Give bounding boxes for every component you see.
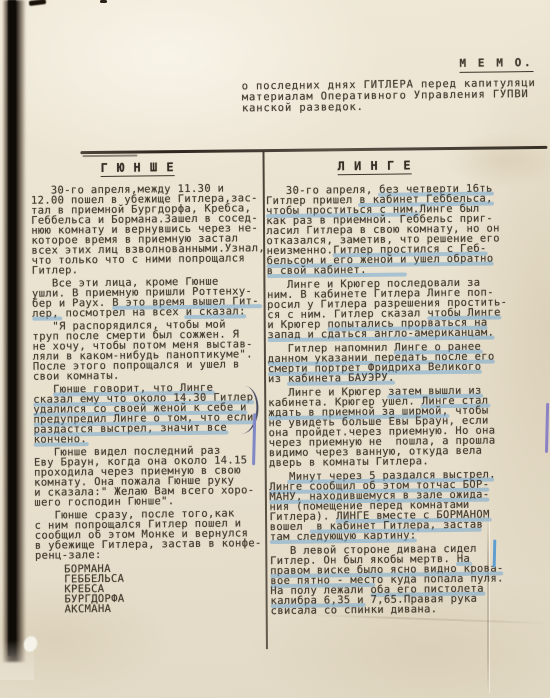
pencil-annotations (0, 0, 546, 3)
column-header-gunsche: Г Ю Н Ш Е (101, 160, 175, 177)
conference-attendees-list: БОРМАНАГЕББЕЛЬСАКРЕБСАБУРГДОРФААКСМАНА (64, 562, 272, 614)
text-line: из кабинета БАУЭРУ. (268, 371, 550, 384)
paragraph: 30-го апреля,между 11.30 и12.00 пошел в … (31, 183, 268, 276)
text-line: ренц-зале: (35, 548, 271, 561)
text-line: Гитлер. (32, 263, 268, 276)
paper-sheet: М Е М О. о последних днях ГИТЛЕРА перед … (0, 0, 550, 698)
paragraph: Минут через 5 раздался выстрел.Линге соо… (269, 469, 550, 542)
memo-title: М Е М О. (459, 56, 533, 73)
pencil-stroke-crease (493, 539, 497, 567)
text-line: там следующую картину: (270, 529, 550, 542)
paragraph: Все эти лица, кроме Гюншеушли. В приемну… (32, 276, 268, 319)
paragraph: Гюнше видел последний разЕву Браун, когд… (34, 445, 271, 508)
paragraph: Гюнше сразу, после того,какс ним попроща… (34, 508, 271, 561)
column-linge-text: 30-го апреля, без четверти 16тьГитлер пр… (266, 183, 550, 620)
text-line: запад и сдаться англо-американцам. (267, 327, 549, 340)
paragraph: "Я распорядился, чтобы мойтруп после сме… (32, 319, 269, 382)
blue-pencil-underline (287, 380, 395, 385)
text-line: лер, посмотрел на всех и сказал: (32, 306, 268, 319)
text-line: кончено. (34, 432, 270, 445)
typewritten-content: М Е М О. о последних днях ГИТЛЕРА перед … (0, 0, 550, 698)
text-line: шего господин Гюнше". (34, 495, 270, 508)
conference-list-item: АКСМАНА (65, 602, 272, 614)
text-line: в свой кабинет. (267, 263, 549, 276)
paragraph: Гюнше говорит, что Лингесказал ему что о… (33, 382, 270, 445)
column-gunsche-text: 30-го апреля,между 11.30 и12.00 пошел в … (31, 183, 272, 615)
text-line: свисала со спинки дивана. (271, 603, 550, 616)
paragraph: Линге и Крюгер последовали заним. В каби… (267, 277, 550, 340)
paragraph: Линге и Крюгер затем вышли изкабинета. К… (268, 385, 550, 468)
paragraph: В левой стороне дивана сиделГитлер. Он б… (270, 543, 550, 616)
column-header-linge: Л И Н Г Е (338, 158, 412, 175)
scanned-page: М Е М О. о последних днях ГИТЛЕРА перед … (0, 0, 550, 698)
text-line: свои комнаты. (33, 369, 269, 382)
horizontal-rule (80, 146, 547, 154)
paragraph: 30-го апреля, без четверти 16тьГитлер пр… (266, 183, 549, 276)
memo-subtitle-line: канской разведок. (242, 100, 536, 114)
horizontal-rule-stub (82, 155, 137, 157)
text-line: дверь в комнаты Гитлера. (269, 455, 550, 468)
paragraph: Гитлер напомнил Линге о ранееданном указ… (268, 341, 550, 384)
memo-subtitle: о последних днях ГИТЛЕРА перед капитуляц… (242, 78, 536, 114)
